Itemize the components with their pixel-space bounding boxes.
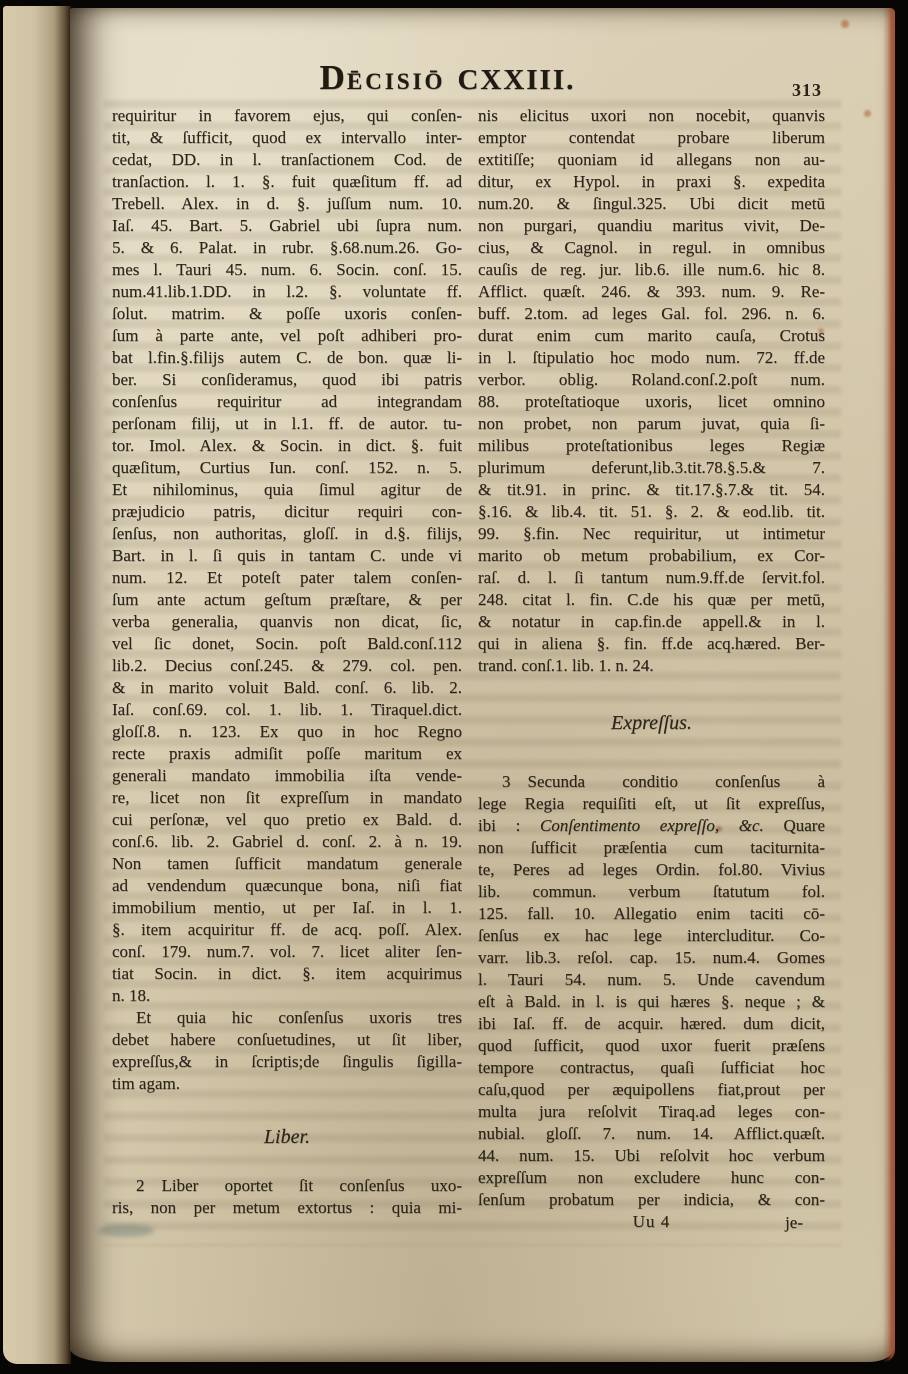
text-line: cedat, DD. in l. tranſactionem Cod. de	[112, 149, 462, 171]
running-title-initial: D	[320, 58, 347, 98]
text-line: 5. & 6. Palat. in rubr. §.68.num.26. Go-	[112, 237, 462, 259]
text-line: num.20. & ſingul.325. Ubi dicit metū	[478, 193, 825, 215]
text-line: n. 18.	[112, 985, 462, 1007]
text-line: ſenſus ex hac lege intercluditur. Co-	[478, 925, 825, 947]
text-line: tit, & ſufficit, quod ex intervallo inte…	[112, 127, 462, 149]
text-line: & in marito voluit Bald. conſ. 6. lib. 2…	[112, 677, 462, 699]
text-line: verba generalia, quanvis non dicat, ſic,	[112, 611, 462, 633]
line-gap	[478, 677, 825, 711]
text-line: 2 Liber oportet ſit conſenſus uxo-	[112, 1175, 462, 1197]
text-line: plurimum deferunt,lib.3.tit.78.§.5.& 7.	[478, 457, 825, 479]
text-line: quod ſufficit, quod uxor fuerit præſens	[478, 1035, 825, 1057]
text-line: lege Regia requiſiti eſt, ut ſit expreſſ…	[478, 793, 825, 815]
text-line: ber. Si conſideramus, quod ibi patris	[112, 369, 462, 391]
text-column-right: nis elicitus uxori non nocebit, quanvise…	[478, 105, 825, 1233]
text-line: expreſſum non excludere hunc con-	[478, 1167, 825, 1189]
text-line: 44. num. 15. Ubi reſolvit hoc verbum	[478, 1145, 825, 1167]
text-line: Iaſ. conſ.69. col. 1. lib. 1. Tiraquel.d…	[112, 699, 462, 721]
running-title-number: CXXIII.	[457, 64, 575, 97]
text-line: cui perſonæ, vel quo pretio ex Bald. d.	[112, 809, 462, 831]
text-line: caſu,quod per æquipollens fiat,prout per	[478, 1079, 825, 1101]
text-line: debet habere conſuetudines, ut ſit liber…	[112, 1029, 462, 1051]
text-line: cauſis de reg. jur. lib.6. ille num.6. h…	[478, 259, 825, 281]
text-line: emptor contendat probare liberum	[478, 127, 825, 149]
adjacent-page-edge	[3, 6, 71, 1364]
page-number: 313	[792, 80, 822, 101]
text-line: Non tamen ſufficit mandatum generale	[112, 853, 462, 875]
text-line: bat l.fin.§.filijs autem C. de bon. quæ …	[112, 347, 462, 369]
scanned-book-photo: { "header": { "title_initial": "D", "tit…	[0, 0, 908, 1374]
text-line: conſenſus requiritur ad integrandam	[112, 391, 462, 413]
signature-mark: Uu 4	[478, 1211, 825, 1233]
text-line: tempore contractus, quaſi ſufficiat hoc	[478, 1057, 825, 1079]
text-line: vel ſic donet, Socin. poſt Bald.conſ.112	[112, 633, 462, 655]
text-line: num. 12. Et poteſt pater talem conſen-	[112, 567, 462, 589]
text-line: ſenſum probatum per indicia, & con-	[478, 1189, 825, 1211]
text-line: & tit.91. in princ. & tit.17.§.7.& tit. …	[478, 479, 825, 501]
text-line: ſum ante actum geſtum præſtare, & per	[112, 589, 462, 611]
text-line: nis elicitus uxori non nocebit, quanvis	[478, 105, 825, 127]
text-line: re, licet non ſit expreſſum in mandato	[112, 787, 462, 809]
section-heading: Liber.	[112, 1125, 462, 1149]
running-title: DĒCISIŌCXXIII.	[70, 58, 825, 102]
text-line: tim agam.	[112, 1073, 462, 1095]
text-line: raſ. d. l. ſi tantum num.9.ff.de ſervit.…	[478, 567, 825, 589]
text-line: 3 Secunda conditio conſenſus à	[478, 771, 825, 793]
text-line: tiat Socin. in dict. §. item acquirimus	[112, 963, 462, 985]
stain	[841, 20, 849, 28]
text-line: cius, & Cagnol. in regul. in omnibus	[478, 237, 825, 259]
text-line: verbor. oblig. Roland.conſ.2.poſt num.	[478, 369, 825, 391]
running-title-caps: ĒCISIŌ	[347, 69, 446, 95]
line-gap	[112, 1095, 462, 1125]
text-line: requiritur in favorem ejus, qui conſen-	[112, 105, 462, 127]
text-segment: ibi :	[478, 816, 540, 835]
text-line: varr. lib.3. reſol. cap. 15. num.4. Gome…	[478, 947, 825, 969]
signature-line: Uu 4je-	[478, 1211, 825, 1233]
text-line: præjudicio patris, dicitur requiri con-	[112, 501, 462, 523]
text-line: 125. fall. 10. Allegatio enim taciti cō-	[478, 903, 825, 925]
text-line: lib.2. Decius conſ.245. & 279. col. pen.	[112, 655, 462, 677]
text-line: ibi : Conſentimento expreſſo, &c. Quare	[478, 815, 825, 837]
text-line: trand. conſ.1. lib. 1. n. 24.	[478, 655, 825, 677]
text-line: conſ.6. lib. 2. Gabriel d. conſ. 2. à n.…	[112, 831, 462, 853]
text-line: §. item acquiritur ff. de acq. poſſ. Ale…	[112, 919, 462, 941]
stain	[98, 1224, 154, 1237]
text-line: conſ. 179. num.7. vol. 7. licet aliter ſ…	[112, 941, 462, 963]
text-line: ibi Iaſ. ff. de acquir. hæred. dum dicit…	[478, 1013, 825, 1035]
red-stained-page-edge	[883, 8, 895, 1362]
text-line: non ſufficit præſentia cum taciturnita-	[478, 837, 825, 859]
text-line: lib. commun. verbum ſtatutum fol.	[478, 881, 825, 903]
text-line: expreſſus,& in ſcriptis;de ſingulis ſigi…	[112, 1051, 462, 1073]
text-line: 248. citat l. fin. C.de his quæ per metū…	[478, 589, 825, 611]
line-gap	[478, 735, 825, 771]
catchword: je-	[785, 1212, 803, 1233]
text-line: te, Peres ad leges Ordin. fol.80. Vivius	[478, 859, 825, 881]
text-line: §.16. & lib.4. tit. 51. §. 2. & eod.lib.…	[478, 501, 825, 523]
text-line: 99. §.fin. Nec requiritur, ut intimetur	[478, 523, 825, 545]
text-line: l. Tauri 54. num. 5. Unde cavendum	[478, 969, 825, 991]
text-line: marito ob metum probabilium, ex Cor-	[478, 545, 825, 567]
text-line: ris, non per metum extortus : quia mi-	[112, 1197, 462, 1219]
text-line: Trebell. Alex. in d. §. juſſum num. 10.	[112, 193, 462, 215]
text-line: buff. 2.tom. ad leges Gal. fol. 296. n. …	[478, 303, 825, 325]
text-line: Et quia hic conſenſus uxoris tres	[112, 1007, 462, 1029]
line-gap	[112, 1149, 462, 1175]
text-line: Et nihilominus, quia ſimul agitur de	[112, 479, 462, 501]
text-line: ſum à parte ante, vel poſt adhiberi pro-	[112, 325, 462, 347]
text-line: ad vendendum quæcunque bona, niſi fiat	[112, 875, 462, 897]
text-line: durat enim cum marito cauſa, Crotus	[478, 325, 825, 347]
text-column-left: requiritur in favorem ejus, qui conſen-t…	[112, 105, 462, 1219]
text-line: & notatur in cap.fin.de appell.& in l.	[478, 611, 825, 633]
text-line: eſt à Bald. in l. is qui hæres §. neque …	[478, 991, 825, 1013]
stain	[864, 110, 871, 117]
text-line: qui in aliena §. fin. ff.de acq.hæred. B…	[478, 633, 825, 655]
text-line: Bart. in l. ſi quis in tantam C. unde vi	[112, 545, 462, 567]
text-line: num.41.lib.1.DD. in l.2. §. voluntate ff…	[112, 281, 462, 303]
text-line: multa jura reſolvit Tiraq.ad leges con-	[478, 1101, 825, 1123]
text-line: mes l. Tauri 45. num. 6. Socin. conſ. 15…	[112, 259, 462, 281]
text-line: generali mandato immobilia iſta vende-	[112, 765, 462, 787]
text-line: ditur, ex Hypol. in praxi §. expedita	[478, 171, 825, 193]
text-line: tor. Imol. Alex. & Socin. in dict. §. fu…	[112, 435, 462, 457]
text-line: milibus proteſtationibus leges Regiæ	[478, 435, 825, 457]
text-segment: Quare	[764, 816, 825, 835]
text-line: non purgari, quandiu maritus vivit, De-	[478, 215, 825, 237]
text-line: immobilium mentio, ut per Iaſ. in l. 1.	[112, 897, 462, 919]
text-line: Iaſ. 45. Bart. 5. Gabriel ubi ſupra num.	[112, 215, 462, 237]
text-line: quæſitum, Curtius Iun. conſ. 152. n. 5.	[112, 457, 462, 479]
text-line: 88. proteſtatioque uxoris, licet omnino	[478, 391, 825, 413]
book-page: DĒCISIŌCXXIII. 313 requiritur in favorem…	[70, 8, 895, 1362]
quoted-italic-text: Conſentimento expreſſo, &c.	[540, 816, 764, 835]
section-heading: Expreſſus.	[478, 711, 825, 735]
text-line: Afflict. quæſt. 246. & 393. num. 9. Re-	[478, 281, 825, 303]
text-line: extitiſſe; quoniam id allegans non au-	[478, 149, 825, 171]
text-line: gloſſ.8. n. 123. Ex quo in hoc Regno	[112, 721, 462, 743]
text-line: tranſaction. l. 1. §. fuit quæſitum ff. …	[112, 171, 462, 193]
text-line: perſonam filij, ut in l.1. ff. de autor.…	[112, 413, 462, 435]
text-line: non probet, non parum juvat, quia ſi-	[478, 413, 825, 435]
text-line: ſenſus, non authoritas, gloſſ. in d.§. f…	[112, 523, 462, 545]
text-line: in l. ſtipulatio hoc modo num. 72. ff.de	[478, 347, 825, 369]
text-line: nubial. gloſſ. 7. num. 14. Afflict.quæſt…	[478, 1123, 825, 1145]
text-line: recte praxis admiſit poſſe maritum ex	[112, 743, 462, 765]
text-line: ſolut. matrim. & poſſe uxoris conſen-	[112, 303, 462, 325]
